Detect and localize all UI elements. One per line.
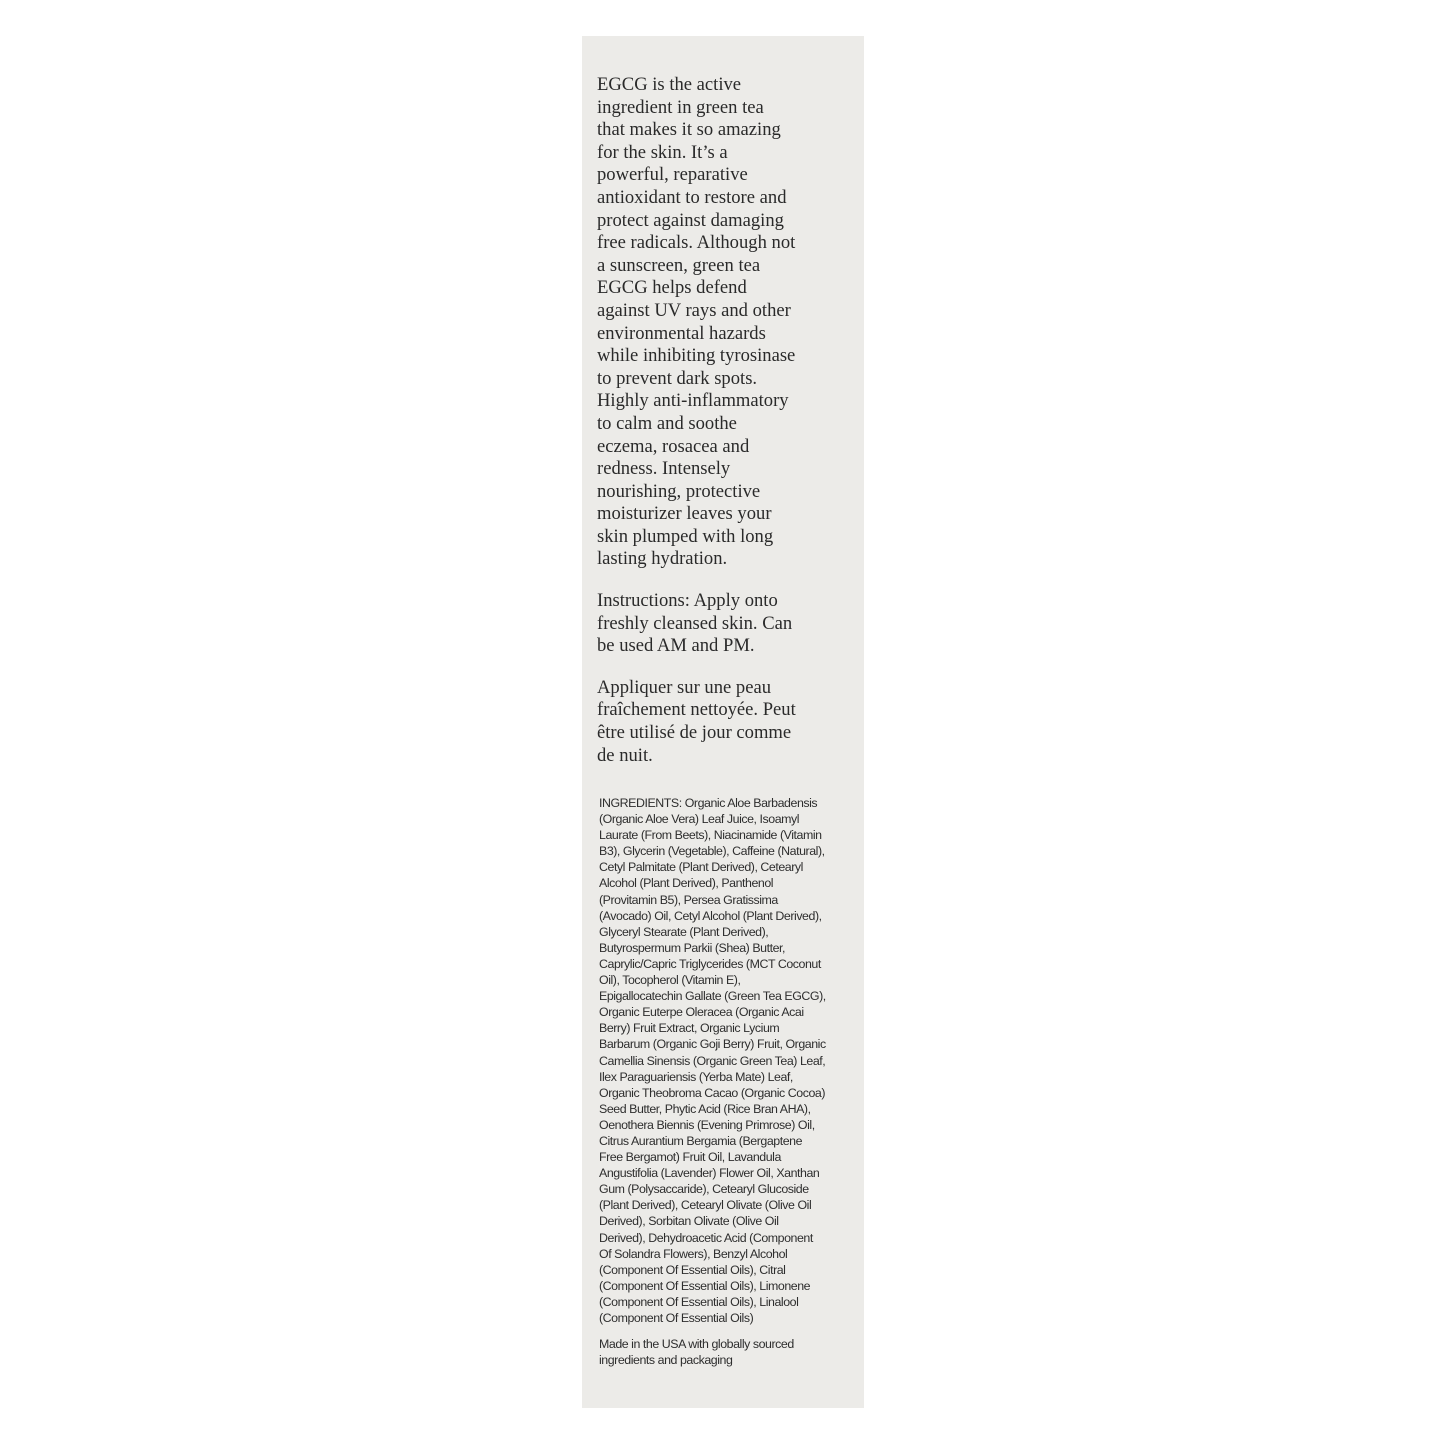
made-in-usa-note: Made in the USA with globally sourced in…: [599, 1336, 861, 1368]
ingredients-line: Ilex Paraguariensis (Yerba Mate) Leaf,: [599, 1069, 861, 1085]
ingredients-line: Butyrospermum Parkii (Shea) Butter,: [599, 940, 861, 956]
instructions-fr-line: être utilisé de jour comme: [597, 722, 859, 745]
ingredients-line: Epigallocatechin Gallate (Green Tea EGCG…: [599, 988, 861, 1004]
ingredients-line: Caprylic/Capric Triglycerides (MCT Cocon…: [599, 956, 861, 972]
ingredients-line: Barbarum (Organic Goji Berry) Fruit, Org…: [599, 1036, 861, 1052]
description-line: eczema, rosacea and: [597, 436, 859, 459]
product-copy: EGCG is the active ingredient in green t…: [597, 74, 859, 767]
description-line: to calm and soothe: [597, 413, 859, 436]
ingredients-line: Gum (Polysaccaride), Cetearyl Glucoside: [599, 1181, 861, 1197]
ingredients-line: (Plant Derived), Cetearyl Olivate (Olive…: [599, 1197, 861, 1213]
instructions-line: be used AM and PM.: [597, 635, 859, 658]
ingredients-line: Berry) Fruit Extract, Organic Lycium: [599, 1020, 861, 1036]
description-line: free radicals. Although not: [597, 232, 859, 255]
ingredients-line: Derived), Dehydroacetic Acid (Component: [599, 1230, 861, 1246]
ingredients-line: Glyceryl Stearate (Plant Derived),: [599, 924, 861, 940]
ingredients-line: Of Solandra Flowers), Benzyl Alcohol: [599, 1246, 861, 1262]
description-line: to prevent dark spots.: [597, 368, 859, 391]
description-line: for the skin. It’s a: [597, 142, 859, 165]
product-box-side-panel: EGCG is the active ingredient in green t…: [582, 36, 864, 1408]
instructions-fr-line: de nuit.: [597, 745, 859, 768]
description-line: a sunscreen, green tea: [597, 255, 859, 278]
made-in-line: ingredients and packaging: [599, 1352, 861, 1368]
ingredients-line: Alcohol (Plant Derived), Panthenol: [599, 875, 861, 891]
description-line: redness. Intensely: [597, 458, 859, 481]
description-line: antioxidant to restore and: [597, 187, 859, 210]
instructions-french: Appliquer sur une peau fraîchement netto…: [597, 677, 859, 767]
description-line: EGCG helps defend: [597, 277, 859, 300]
ingredients-line: B3), Glycerin (Vegetable), Caffeine (Nat…: [599, 843, 861, 859]
instructions-line: freshly cleansed skin. Can: [597, 613, 859, 636]
ingredients-line: Laurate (From Beets), Niacinamide (Vitam…: [599, 827, 861, 843]
ingredients-list: INGREDIENTS: Organic Aloe Barbadensis (O…: [599, 795, 861, 1326]
ingredients-line: Free Bergamot) Fruit Oil, Lavandula: [599, 1149, 861, 1165]
ingredients-line: Camellia Sinensis (Organic Green Tea) Le…: [599, 1053, 861, 1069]
ingredients-line: Citrus Aurantium Bergamia (Bergaptene: [599, 1133, 861, 1149]
description-line: nourishing, protective: [597, 481, 859, 504]
description-line: environmental hazards: [597, 323, 859, 346]
instructions-english: Instructions: Apply onto freshly cleanse…: [597, 590, 859, 658]
description-line: skin plumped with long: [597, 526, 859, 549]
description-paragraph: EGCG is the active ingredient in green t…: [597, 74, 859, 571]
ingredients-line: INGREDIENTS: Organic Aloe Barbadensis: [599, 795, 861, 811]
ingredients-line: (Organic Aloe Vera) Leaf Juice, Isoamyl: [599, 811, 861, 827]
description-line: lasting hydration.: [597, 548, 859, 571]
ingredients-line: (Component Of Essential Oils): [599, 1310, 861, 1326]
ingredients-line: (Component Of Essential Oils), Linalool: [599, 1294, 861, 1310]
ingredients-line: Seed Butter, Phytic Acid (Rice Bran AHA)…: [599, 1101, 861, 1117]
ingredients-line: Oil), Tocopherol (Vitamin E),: [599, 972, 861, 988]
ingredients-line: (Provitamin B5), Persea Gratissima: [599, 892, 861, 908]
description-line: while inhibiting tyrosinase: [597, 345, 859, 368]
instructions-line: Instructions: Apply onto: [597, 590, 859, 613]
instructions-fr-line: fraîchement nettoyée. Peut: [597, 699, 859, 722]
description-line: moisturizer leaves your: [597, 503, 859, 526]
ingredients-line: Cetyl Palmitate (Plant Derived), Ceteary…: [599, 859, 861, 875]
ingredients-line: Oenothera Biennis (Evening Primrose) Oil…: [599, 1117, 861, 1133]
description-line: EGCG is the active: [597, 74, 859, 97]
ingredients-line: (Component Of Essential Oils), Citral: [599, 1262, 861, 1278]
ingredients-line: (Avocado) Oil, Cetyl Alcohol (Plant Deri…: [599, 908, 861, 924]
description-line: Highly anti-inflammatory: [597, 390, 859, 413]
description-line: protect against damaging: [597, 210, 859, 233]
description-line: against UV rays and other: [597, 300, 859, 323]
ingredients-line: Angustifolia (Lavender) Flower Oil, Xant…: [599, 1165, 861, 1181]
made-in-line: Made in the USA with globally sourced: [599, 1336, 861, 1352]
ingredients-line: Derived), Sorbitan Olivate (Olive Oil: [599, 1213, 861, 1229]
ingredients-line: (Component Of Essential Oils), Limonene: [599, 1278, 861, 1294]
description-line: ingredient in green tea: [597, 97, 859, 120]
instructions-fr-line: Appliquer sur une peau: [597, 677, 859, 700]
description-line: powerful, reparative: [597, 164, 859, 187]
ingredients-line: Organic Theobroma Cacao (Organic Cocoa): [599, 1085, 861, 1101]
description-line: that makes it so amazing: [597, 119, 859, 142]
ingredients-line: Organic Euterpe Oleracea (Organic Acai: [599, 1004, 861, 1020]
